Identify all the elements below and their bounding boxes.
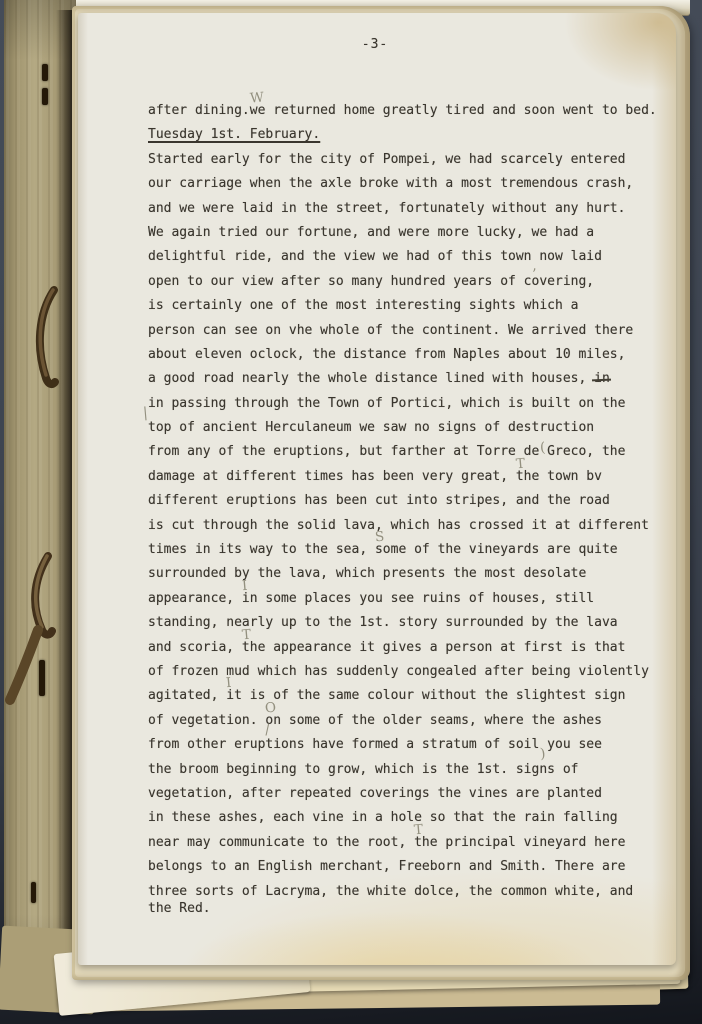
typed-text: is certainly one of the most interesting… [148, 298, 578, 313]
typescript-line: near may communicate to the root, the pr… [148, 831, 676, 855]
typed-text: We again tried our fortune, and were mor… [148, 225, 594, 240]
typescript-line: of vegetation. on some of the older seam… [148, 709, 676, 733]
typescript-line: We again tried our fortune, and were mor… [148, 221, 676, 245]
typescript-line: from other eruptions have formed a strat… [148, 733, 676, 757]
typescript-line: about eleven oclock, the distance from N… [148, 343, 676, 367]
typed-text: of frozen mud which has suddenly congeal… [148, 664, 649, 679]
typescript-line: is cut through the solid lava, which has… [148, 514, 676, 538]
typed-text: from any of the eruptions, but farther a… [148, 444, 625, 459]
typed-text: vegetation, after repeated coverings the… [148, 786, 602, 801]
manuscript-page: -3- after dining.we returned home greatl… [78, 13, 676, 965]
typed-text: is cut through the solid lava, which has… [148, 518, 649, 533]
typed-text: different eruptions has been cut into st… [148, 493, 610, 508]
binding-slot [31, 882, 36, 903]
typed-text: surrounded by the lava, which presents t… [148, 566, 586, 581]
typed-text: and scoria, the appearance it gives a pe… [148, 640, 625, 655]
typed-text: about eleven oclock, the distance from N… [148, 347, 625, 362]
typescript-line: from any of the eruptions, but farther a… [148, 440, 676, 464]
typescript-line: agitated, it is of the same colour witho… [148, 684, 676, 708]
typed-text: appearance, in some places you see ruins… [148, 591, 594, 606]
typescript-line: a good road nearly the whole distance li… [148, 367, 676, 391]
typescript-line: damage at different times has been very … [148, 465, 676, 489]
typescript-line: person can see on vhe whole of the conti… [148, 319, 676, 343]
typescript-line: the broom beginning to grow, which is th… [148, 758, 676, 782]
pencil-annotation: W [249, 85, 265, 111]
typescript-line: different eruptions has been cut into st… [148, 489, 676, 513]
binding-slot [42, 64, 48, 81]
typescript-line: is certainly one of the most interesting… [148, 294, 676, 318]
typescript-line: and we were laid in the street, fortunat… [148, 197, 676, 221]
typed-text: in passing through the Town of Portici, … [148, 396, 625, 411]
typed-text: the broom beginning to grow, which is th… [148, 762, 578, 777]
typed-text: the Red. [148, 901, 211, 916]
typescript-line: open to our view after so many hundred y… [148, 270, 676, 294]
typed-text: standing, nearly up to the 1st. story su… [148, 615, 618, 630]
typed-text: of vegetation. on some of the older seam… [148, 713, 602, 728]
typescript-line: appearance, in some places you see ruins… [148, 587, 676, 611]
photo-scene: -3- after dining.we returned home greatl… [0, 0, 702, 1024]
typed-text: from other eruptions have formed a strat… [148, 737, 602, 752]
entry-heading-row: Tuesday 1st. February. [148, 123, 676, 147]
typescript-line: surrounded by the lava, which presents t… [148, 562, 676, 586]
typescript-line: the Red. [148, 897, 676, 921]
struck-word: in [594, 371, 610, 386]
typed-text: agitated, it is of the same colour witho… [148, 688, 625, 703]
typed-text: person can see on vhe whole of the conti… [148, 323, 633, 338]
typescript-line: belongs to an English merchant, Freeborn… [148, 855, 676, 879]
typed-text: a good road nearly the whole distance li… [148, 371, 594, 386]
typed-text: top of ancient Herculaneum we saw no sig… [148, 420, 594, 435]
typed-text: belongs to an English merchant, Freeborn… [148, 859, 625, 874]
entry-heading: Tuesday 1st. February. [148, 123, 320, 147]
typescript-line: and scoria, the appearance it gives a pe… [148, 636, 676, 660]
typescript-text: -3- after dining.we returned home greatl… [78, 13, 676, 965]
typescript-line: delightful ride, and the view we had of … [148, 245, 676, 269]
typed-text: Started early for the city of Pompei, we… [148, 152, 625, 167]
typed-text: near may communicate to the root, the pr… [148, 835, 625, 850]
typescript-line: standing, nearly up to the 1st. story su… [148, 611, 676, 635]
brass-fastener-icon [24, 290, 68, 394]
typed-text: our carriage when the axle broke with a … [148, 176, 633, 191]
brass-fastener-icon [8, 556, 64, 706]
typescript-line: our carriage when the axle broke with a … [148, 172, 676, 196]
typed-text: open to our view after so many hundred y… [148, 274, 594, 289]
typescript-line: top of ancient Herculaneum we saw no sig… [148, 416, 676, 440]
typescript-line: Started early for the city of Pompei, we… [148, 148, 676, 172]
typescript-line: in passing through the Town of Portici, … [148, 392, 676, 416]
typescript-line: vegetation, after repeated coverings the… [148, 782, 676, 806]
typescript-line: after dining.we returned home greatly ti… [148, 99, 676, 123]
typed-text: damage at different times has been very … [148, 469, 602, 484]
typescript-line: times in its way to the sea, some of the… [148, 538, 676, 562]
binding-slot [42, 88, 48, 105]
typed-text: in these ashes, each vine in a hole so t… [148, 810, 618, 825]
page-number: -3- [122, 37, 628, 53]
typed-text: and we were laid in the street, fortunat… [148, 201, 625, 216]
typescript-body: Started early for the city of Pompei, we… [148, 148, 676, 922]
intro-line-slot: after dining.we returned home greatly ti… [148, 99, 676, 123]
typed-text: after dining.we returned home greatly ti… [148, 103, 657, 118]
